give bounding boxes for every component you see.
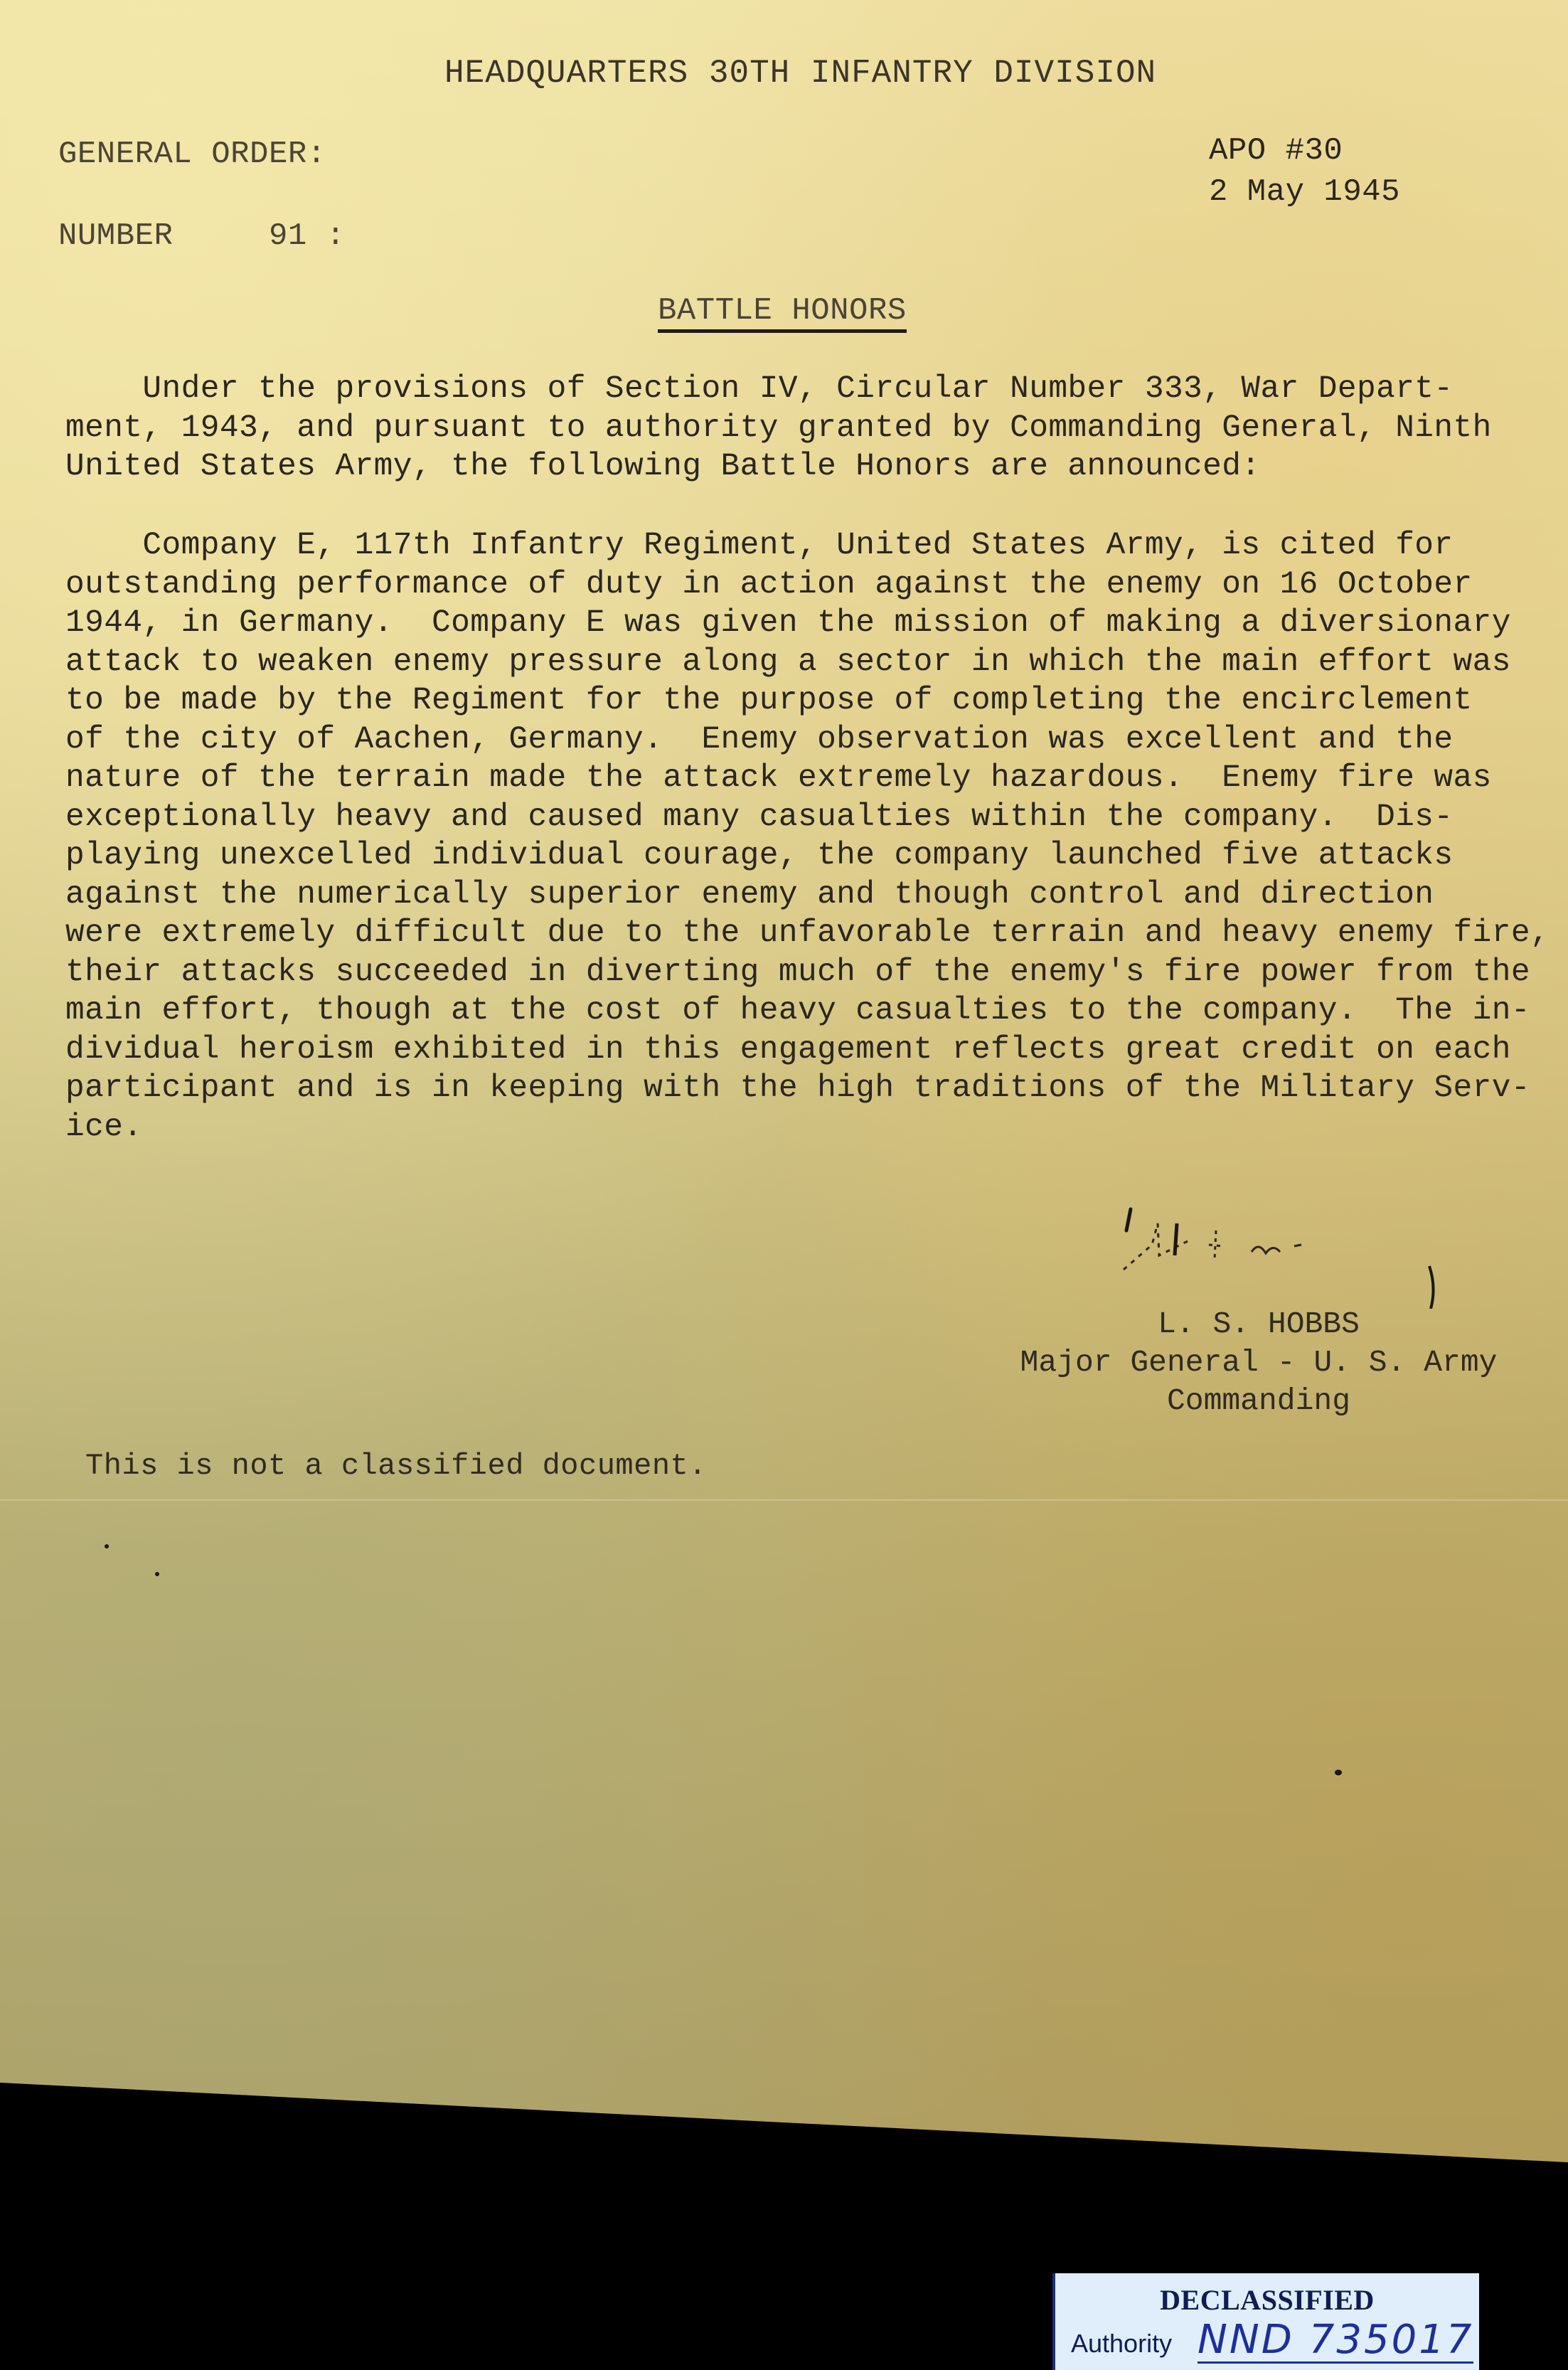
- paragraph-line: United States Army, the following Battle…: [65, 447, 1537, 487]
- paragraph-line: were extremely difficult due to the unfa…: [65, 914, 1537, 953]
- paragraph-citation: Company E, 117th Infantry Regiment, Unit…: [65, 526, 1537, 1147]
- paragraph-line: of the city of Aachen, Germany. Enemy ob…: [65, 721, 1537, 760]
- paragraph-line: against the numerically superior enemy a…: [65, 876, 1537, 915]
- signature-block: L. S. HOBBS Major General - U. S. Army C…: [988, 1305, 1529, 1420]
- signer-rank: Major General - U. S. Army: [988, 1344, 1529, 1382]
- stamp-authority-value: NND 735017: [1198, 2319, 1473, 2364]
- paragraph-line: Company E, 117th Infantry Regiment, Unit…: [65, 526, 1537, 565]
- stamp-authority-label: Authority: [1071, 2329, 1172, 2359]
- paragraph-announcement: Under the provisions of Section IV, Circ…: [65, 370, 1537, 487]
- general-order-label: GENERAL ORDER:: [58, 139, 326, 170]
- paragraph-line: exceptionally heavy and caused many casu…: [65, 798, 1537, 837]
- handwritten-signature-icon: [1109, 1202, 1465, 1309]
- paragraph-line: participant and is in keeping with the h…: [65, 1069, 1537, 1108]
- paragraph-line: dividual heroism exhibited in this engag…: [65, 1031, 1537, 1070]
- paragraph-line: to be made by the Regiment for the purpo…: [65, 681, 1537, 721]
- paragraph-line: 1944, in Germany. Company E was given th…: [65, 604, 1537, 643]
- apo-number: APO #30: [1209, 135, 1343, 166]
- document-header: HEADQUARTERS 30TH INFANTRY DIVISION: [444, 57, 1156, 90]
- document-page: [0, 0, 1568, 2370]
- stamp-title: DECLASSIFIED: [1055, 2283, 1479, 2317]
- paragraph-line: their attacks succeeded in diverting muc…: [65, 953, 1537, 992]
- section-title: BATTLE HONORS: [658, 295, 907, 333]
- paragraph-line: ice.: [65, 1108, 1537, 1147]
- classification-note: This is not a classified document.: [85, 1451, 707, 1481]
- paper-speck: [1335, 1770, 1342, 1775]
- general-order-number: NUMBER 91 :: [58, 220, 346, 252]
- paragraph-line: nature of the terrain made the attack ex…: [65, 759, 1537, 798]
- document-date: 2 May 1945: [1209, 176, 1400, 208]
- paragraph-line: playing unexcelled individual courage, t…: [65, 836, 1537, 876]
- signer-name: L. S. HOBBS: [988, 1305, 1529, 1344]
- paragraph-line: outstanding performance of duty in actio…: [65, 565, 1537, 605]
- paragraph-line: attack to weaken enemy pressure along a …: [65, 643, 1537, 682]
- paragraph-line: ment, 1943, and pursuant to authority gr…: [65, 409, 1537, 448]
- signer-title: Commanding: [988, 1382, 1529, 1420]
- paragraph-line: Under the provisions of Section IV, Circ…: [65, 370, 1537, 409]
- paper-speck: [105, 1544, 109, 1548]
- declassified-stamp: DECLASSIFIED Authority NND 735017: [1052, 2273, 1479, 2370]
- paper-fold-crease: [0, 1499, 1568, 1502]
- paragraph-line: main effort, though at the cost of heavy…: [65, 992, 1537, 1031]
- paper-speck: [155, 1572, 159, 1576]
